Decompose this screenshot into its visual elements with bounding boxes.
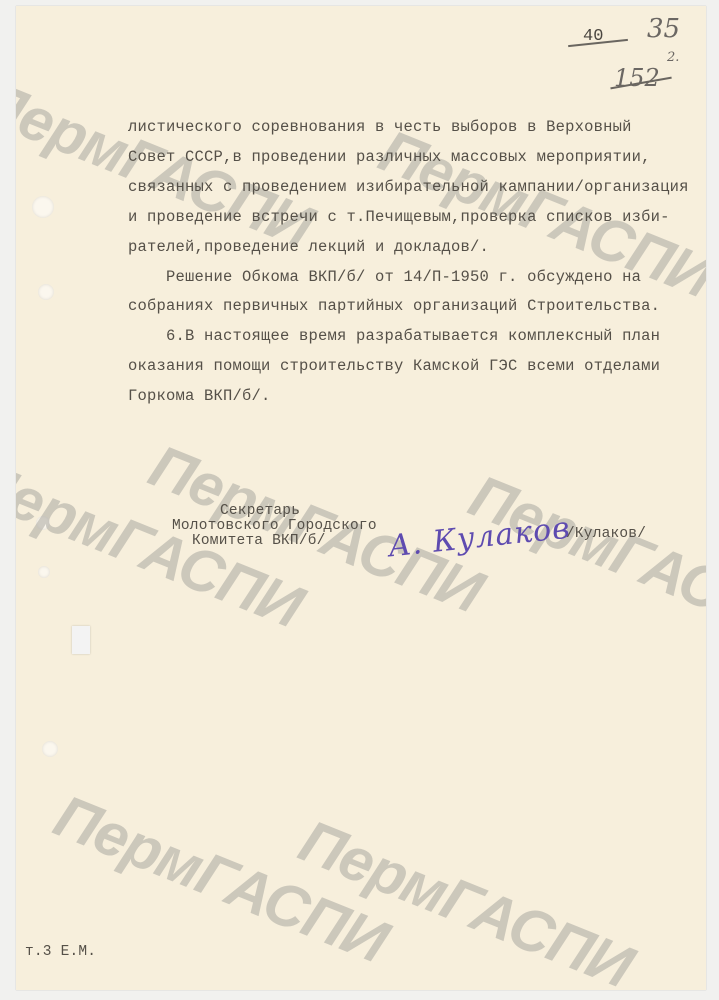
punch-mark — [38, 566, 50, 578]
typist-note: т.3 Е.М. — [25, 944, 96, 960]
punch-mark — [36, 516, 50, 530]
watermark: ПермГАСПИ — [290, 806, 642, 990]
signatory-name: /Кулаков/ — [566, 526, 646, 542]
body-line: 6.В настоящее время разрабатывается комп… — [128, 327, 660, 345]
paper-tear — [72, 626, 90, 654]
body-line: и проведение встречи с т.Печищевым,прове… — [128, 208, 670, 226]
handwritten-page-sub: 2. — [667, 50, 679, 65]
body-line: рателей,проведение лекций и докладов/. — [128, 238, 489, 256]
body-line: листического соревнования в честь выборо… — [128, 118, 632, 136]
body-line: связанных с проведением изибирательной к… — [128, 178, 689, 196]
handwritten-page-number: 35 — [647, 14, 680, 44]
signatory-title: Секретарь — [220, 503, 300, 519]
punch-mark — [42, 741, 58, 757]
body-line: оказания помощи строительству Камской ГЭ… — [128, 357, 660, 375]
body-line: Совет СССР,в проведении различных массов… — [128, 148, 651, 166]
signatory-title: Комитета ВКП/б/ — [192, 533, 326, 549]
body-line: Горкома ВКП/б/. — [128, 387, 271, 405]
body-line: Решение Обкома ВКП/б/ от 14/П-1950 г. об… — [128, 268, 641, 286]
punch-mark — [32, 196, 54, 218]
punch-mark — [38, 284, 54, 300]
watermark: ПермГАСПИ — [460, 461, 706, 657]
body-line: собраниях первичных партийных организаци… — [128, 297, 660, 315]
handwritten-old-page-number: 152 — [614, 64, 660, 92]
signatory-title: Молотовского Городского — [172, 518, 377, 534]
watermark: ПермГАСПИ — [45, 781, 397, 977]
